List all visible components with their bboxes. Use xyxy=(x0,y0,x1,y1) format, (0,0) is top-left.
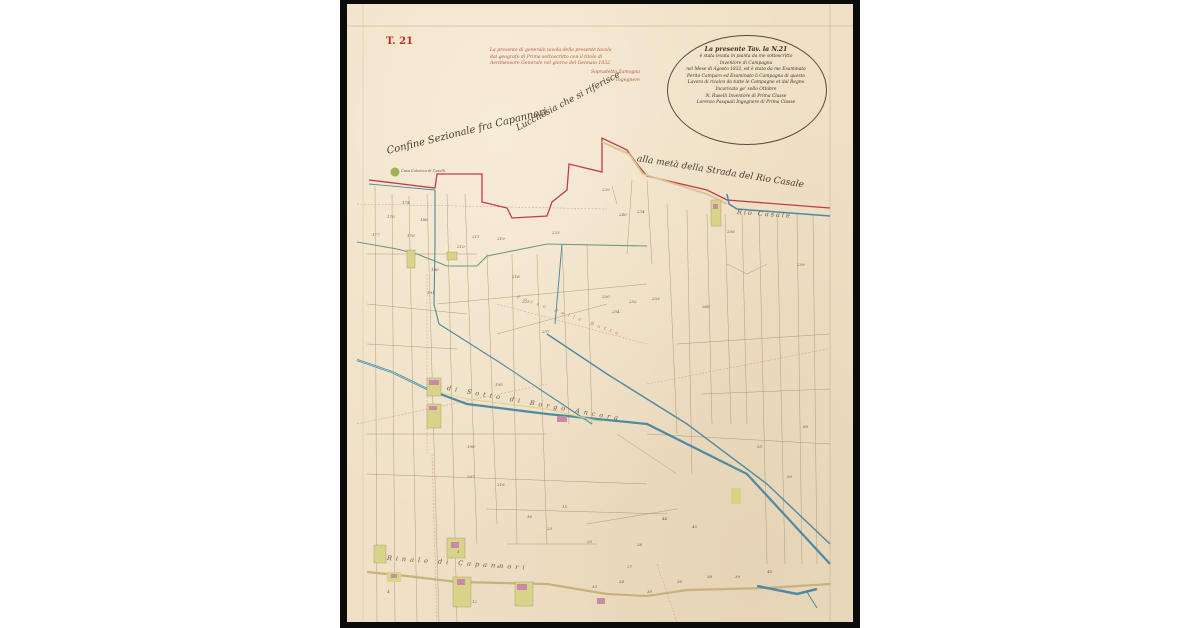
cartouche-line: Inventore di Campagna xyxy=(673,61,819,68)
parcel-number: 225 xyxy=(522,299,530,304)
note-line-2: dal geografo di Prima sottoscritto con i… xyxy=(490,55,602,60)
cartouche-text: La presente Tav. la N.21 è stata levata … xyxy=(673,46,819,107)
parcel-number: 250 xyxy=(602,294,610,299)
parcel-number: 4 xyxy=(387,589,390,594)
cadastral-map-sheet: T. 21 La presente di generale tavola del… xyxy=(347,4,853,622)
parcel-number: 216 xyxy=(512,274,520,279)
parcel-number: 207 xyxy=(467,474,475,479)
note-line-1: La presente di generale tavola della pre… xyxy=(490,48,611,53)
parcel-number: 191 xyxy=(427,290,435,295)
cartouche-line: è stata levata in pianta da me sottoscri… xyxy=(673,54,819,61)
parcel-number: 35 xyxy=(647,589,652,594)
parcel-number: 254 xyxy=(612,309,620,314)
parcel-number: 190 xyxy=(431,267,439,272)
parcel-number: 239 xyxy=(602,187,610,192)
parcel-number: 33 xyxy=(592,584,597,589)
parcel-number: 216 xyxy=(497,482,505,487)
parcel-number: 8 xyxy=(497,564,500,569)
parcel-number: 252 xyxy=(629,299,637,304)
parcel-number: 211 xyxy=(472,234,480,239)
parcel-number: 259 xyxy=(797,262,805,267)
sheet-number: T. 21 xyxy=(386,36,413,47)
parcel-number: 16 xyxy=(527,514,532,519)
parcel-number: 38 xyxy=(707,574,712,579)
cartouche-signature: N. Ruselli Inventore di Prima Classe xyxy=(673,94,819,101)
parcel-number: 170 xyxy=(387,214,395,219)
parcel-number: 45 xyxy=(692,524,697,529)
parcel-number: 186 xyxy=(420,217,428,222)
parcel-number: 198 xyxy=(467,444,475,449)
parcel-number: 174 xyxy=(402,200,410,205)
bottom-road xyxy=(367,572,830,596)
parcel-number: 44 xyxy=(662,516,667,521)
parcel-number: 177 xyxy=(372,232,380,237)
parcel-number: 55 xyxy=(757,444,762,449)
cartouche-signature: Incaricato ge' sollo Ottobre xyxy=(673,87,819,94)
parcel-number: 36 xyxy=(677,579,682,584)
parcel-number: 176 xyxy=(407,233,415,238)
parcel-lines xyxy=(367,180,830,622)
cartouche-title: La presente Tav. la N.21 xyxy=(673,46,819,54)
parcel-number: 48 xyxy=(767,569,772,574)
parcel-number: 237 xyxy=(542,329,550,334)
parcel-number: 50 xyxy=(787,474,792,479)
parcel-number: 34 xyxy=(619,579,624,584)
parcel-number: 219 xyxy=(497,236,505,241)
parcel-number: 60 xyxy=(803,424,808,429)
parcel-number: 195 xyxy=(495,382,503,387)
parcel-number: 223 xyxy=(552,230,560,235)
parcel-number: 210 xyxy=(457,244,465,249)
cartouche-line: Lavoro di ricalco da tutte le Campagne e… xyxy=(673,80,819,87)
cartouche-line: Perito Camparo ed Esaminato li Campagna … xyxy=(673,74,819,81)
parcel-number: 39 xyxy=(735,574,740,579)
cartouche-signature: Lorenzo Pasquali Ingegnere di Prima Clas… xyxy=(673,100,819,107)
parcel-number: 5 xyxy=(457,549,460,554)
secondary-canal xyxy=(547,334,830,544)
parcel-number: 15 xyxy=(562,504,567,509)
parcel-number: 253 xyxy=(652,296,660,301)
parcel-number: 256 xyxy=(727,229,735,234)
label-casa-colonica: Casa Colonica di Caselli xyxy=(401,169,445,173)
note-line-3: Aerimensore Generale nel giorno del Genn… xyxy=(490,61,610,66)
parcel-number: 240 xyxy=(619,212,627,217)
parcel-number: 234 xyxy=(637,209,645,214)
cartouche-line: nel Mese di Agosto 1832, ed è stata da m… xyxy=(673,67,819,74)
parcel-number: 25 xyxy=(587,539,592,544)
parcel-number: 26 xyxy=(637,542,642,547)
parcel-number: 12 xyxy=(472,599,477,604)
image-viewer: T. 21 La presente di generale tavola del… xyxy=(0,0,1200,628)
parcel-number: 23 xyxy=(547,526,552,531)
parcel-number: 27 xyxy=(627,564,632,569)
parcel-number: 268 xyxy=(702,304,710,309)
